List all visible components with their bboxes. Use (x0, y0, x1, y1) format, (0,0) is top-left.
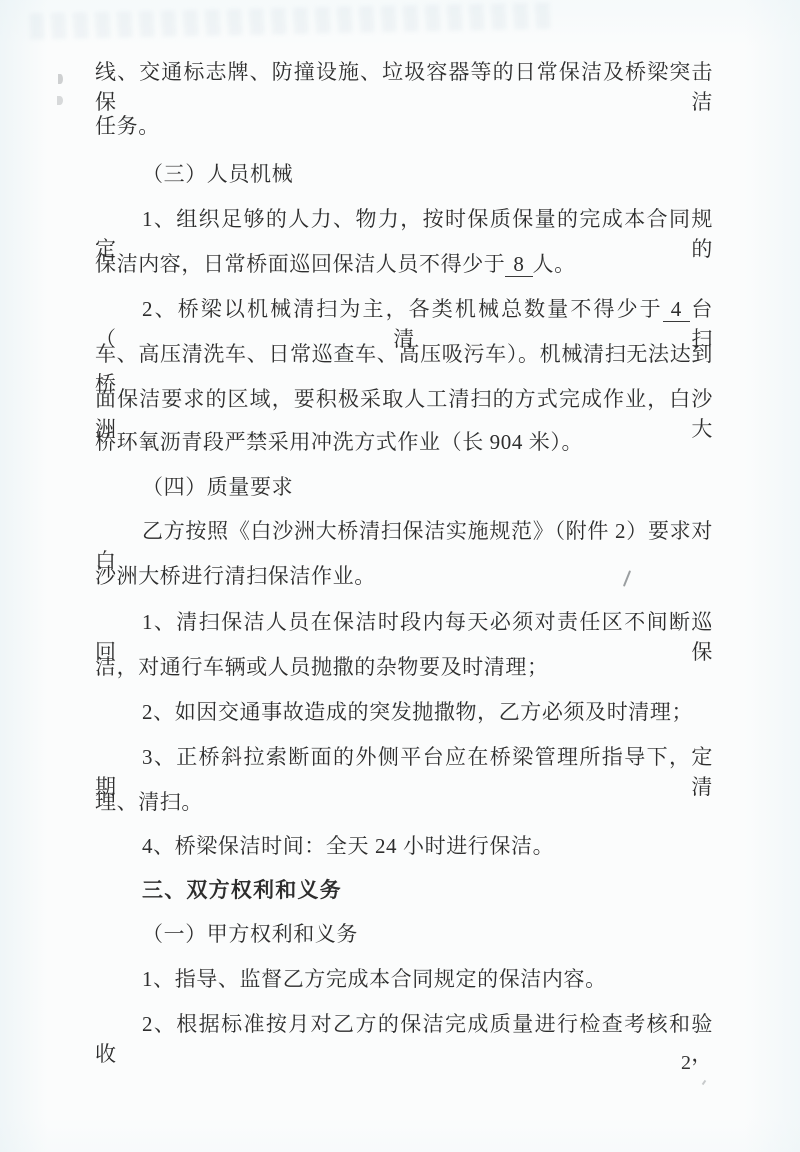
document-line: 保洁内容，日常桥面巡回保洁人员不得少于8人。 (95, 249, 713, 279)
document-line: 任务。 (95, 111, 713, 141)
line-text: （一）甲方权利和义务 (142, 922, 358, 946)
underlined-value: 4 (663, 297, 690, 322)
line-text: 桥环氧沥青段严禁采用冲洗方式作业（长 904 米）。 (95, 430, 583, 454)
document-line: 4、桥梁保洁时间：全天 24 小时进行保洁。 (95, 831, 713, 861)
line-text: 2、如因交通事故造成的突发抛撒物，乙方必须及时清理； (142, 700, 693, 724)
document-line: 线、交通标志牌、防撞设施、垃圾容器等的日常保洁及桥梁突击保洁 (95, 57, 713, 117)
line-text: 2、根据标准按月对乙方的保洁完成质量进行检查考核和验收， (95, 1012, 713, 1066)
page-number: 2 (681, 1052, 691, 1075)
document-line: （三）人员机械 (95, 159, 713, 189)
line-text: 沙洲大桥进行清扫保洁作业。 (95, 564, 376, 588)
line-text: 洁，对通行车辆或人员抛撒的杂物要及时清理； (95, 655, 549, 679)
line-text: 三、双方权利和义务 (142, 878, 342, 902)
line-text: 2、桥梁以机械清扫为主，各类机械总数量不得少于 (142, 297, 663, 321)
document-line: （一）甲方权利和义务 (95, 919, 713, 949)
line-text: 4、桥梁保洁时间：全天 24 小时进行保洁。 (142, 834, 554, 858)
document-line: 桥环氧沥青段严禁采用冲洗方式作业（长 904 米）。 (95, 427, 713, 457)
scan-edge-speck (57, 96, 63, 105)
underlined-value: 8 (505, 252, 532, 277)
line-text: 任务。 (95, 114, 160, 138)
line-text: （三）人员机械 (142, 162, 293, 186)
line-text: 人。 (533, 252, 576, 276)
document-line: 三、双方权利和义务 (95, 875, 713, 905)
document-line: （四）质量要求 (95, 472, 713, 502)
line-text: 理、清扫。 (95, 790, 203, 814)
document-line: 洁，对通行车辆或人员抛撒的杂物要及时清理； (95, 652, 713, 682)
line-text: 保洁内容，日常桥面巡回保洁人员不得少于 (95, 252, 505, 276)
line-text: （四）质量要求 (142, 475, 293, 499)
document-line: 1、指导、监督乙方完成本合同规定的保洁内容。 (95, 964, 713, 994)
document-page: 线、交通标志牌、防撞设施、垃圾容器等的日常保洁及桥梁突击保洁任务。（三）人员机械… (0, 0, 800, 1152)
document-line: 沙洲大桥进行清扫保洁作业。 (95, 561, 713, 591)
line-text: 1、指导、监督乙方完成本合同规定的保洁内容。 (142, 967, 607, 991)
document-body: 线、交通标志牌、防撞设施、垃圾容器等的日常保洁及桥梁突击保洁任务。（三）人员机械… (0, 0, 800, 1152)
document-line: 理、清扫。 (95, 787, 713, 817)
document-line: 2、根据标准按月对乙方的保洁完成质量进行检查考核和验收， (95, 1009, 713, 1069)
line-text: 线、交通标志牌、防撞设施、垃圾容器等的日常保洁及桥梁突击保洁 (95, 60, 713, 114)
document-line: 2、如因交通事故造成的突发抛撒物，乙方必须及时清理； (95, 697, 713, 727)
scan-edge-speck (58, 74, 63, 84)
